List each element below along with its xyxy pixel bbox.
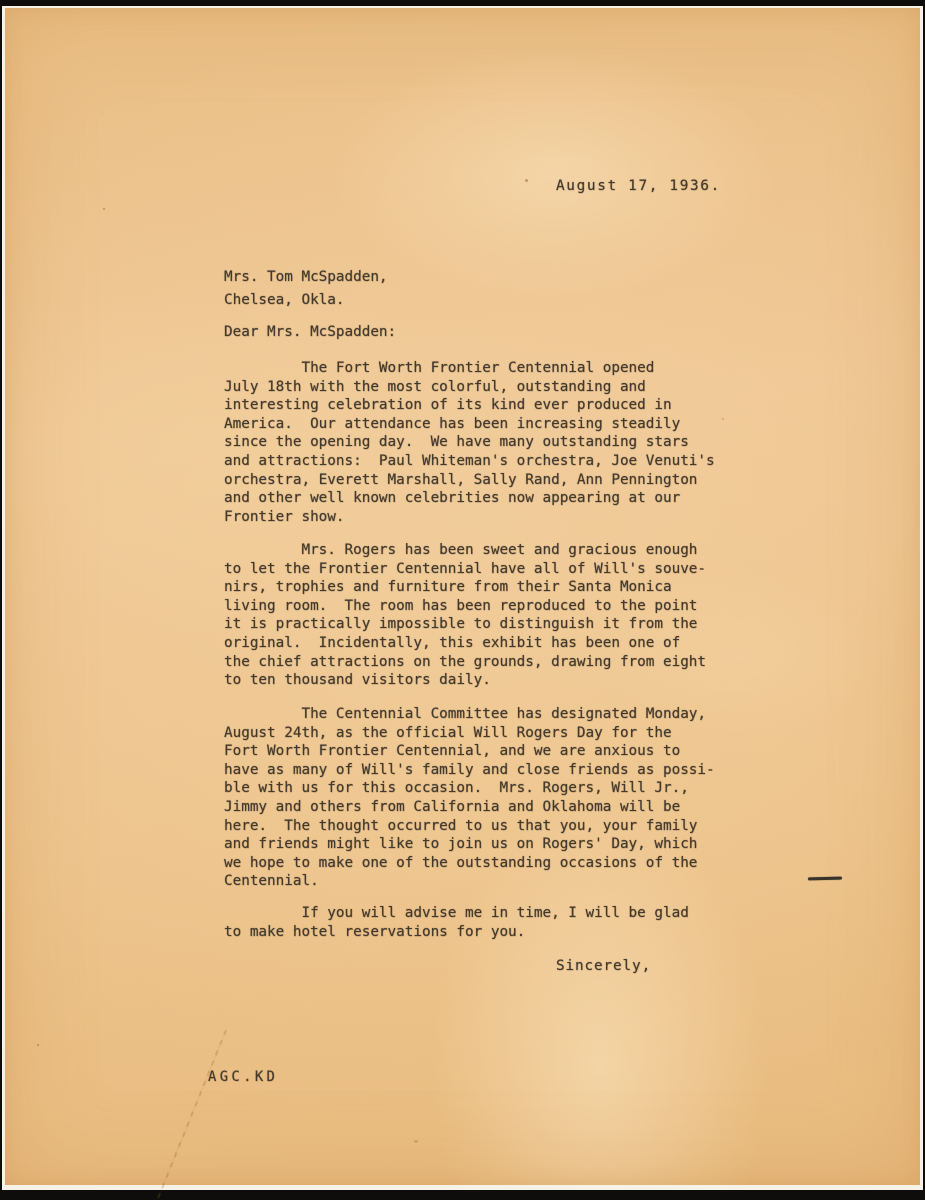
scanned-letter-page: August 17, 1936. Mrs. Tom McSpadden, Che… <box>0 0 925 1200</box>
salutation: Dear Mrs. McSpadden: <box>224 323 396 342</box>
paragraph-2: Mrs. Rogers has been sweet and gracious … <box>224 541 706 690</box>
paragraph-4: If you will advise me in time, I will be… <box>224 904 689 941</box>
paper-speck <box>103 208 105 210</box>
paper-speck <box>37 1044 39 1046</box>
recipient-address: Mrs. Tom McSpadden, Chelsea, Okla. <box>224 266 388 312</box>
paragraph-1: The Fort Worth Frontier Centennial opene… <box>224 359 715 526</box>
reference-initials: AGC.KD <box>208 1068 278 1087</box>
paper-speck <box>722 418 724 420</box>
paper-speck <box>525 179 528 182</box>
closing: Sincerely, <box>556 957 651 976</box>
letter-date: August 17, 1936. <box>556 177 721 196</box>
paper-speck <box>414 1140 418 1143</box>
paragraph-3: The Centennial Committee has designated … <box>224 705 715 891</box>
